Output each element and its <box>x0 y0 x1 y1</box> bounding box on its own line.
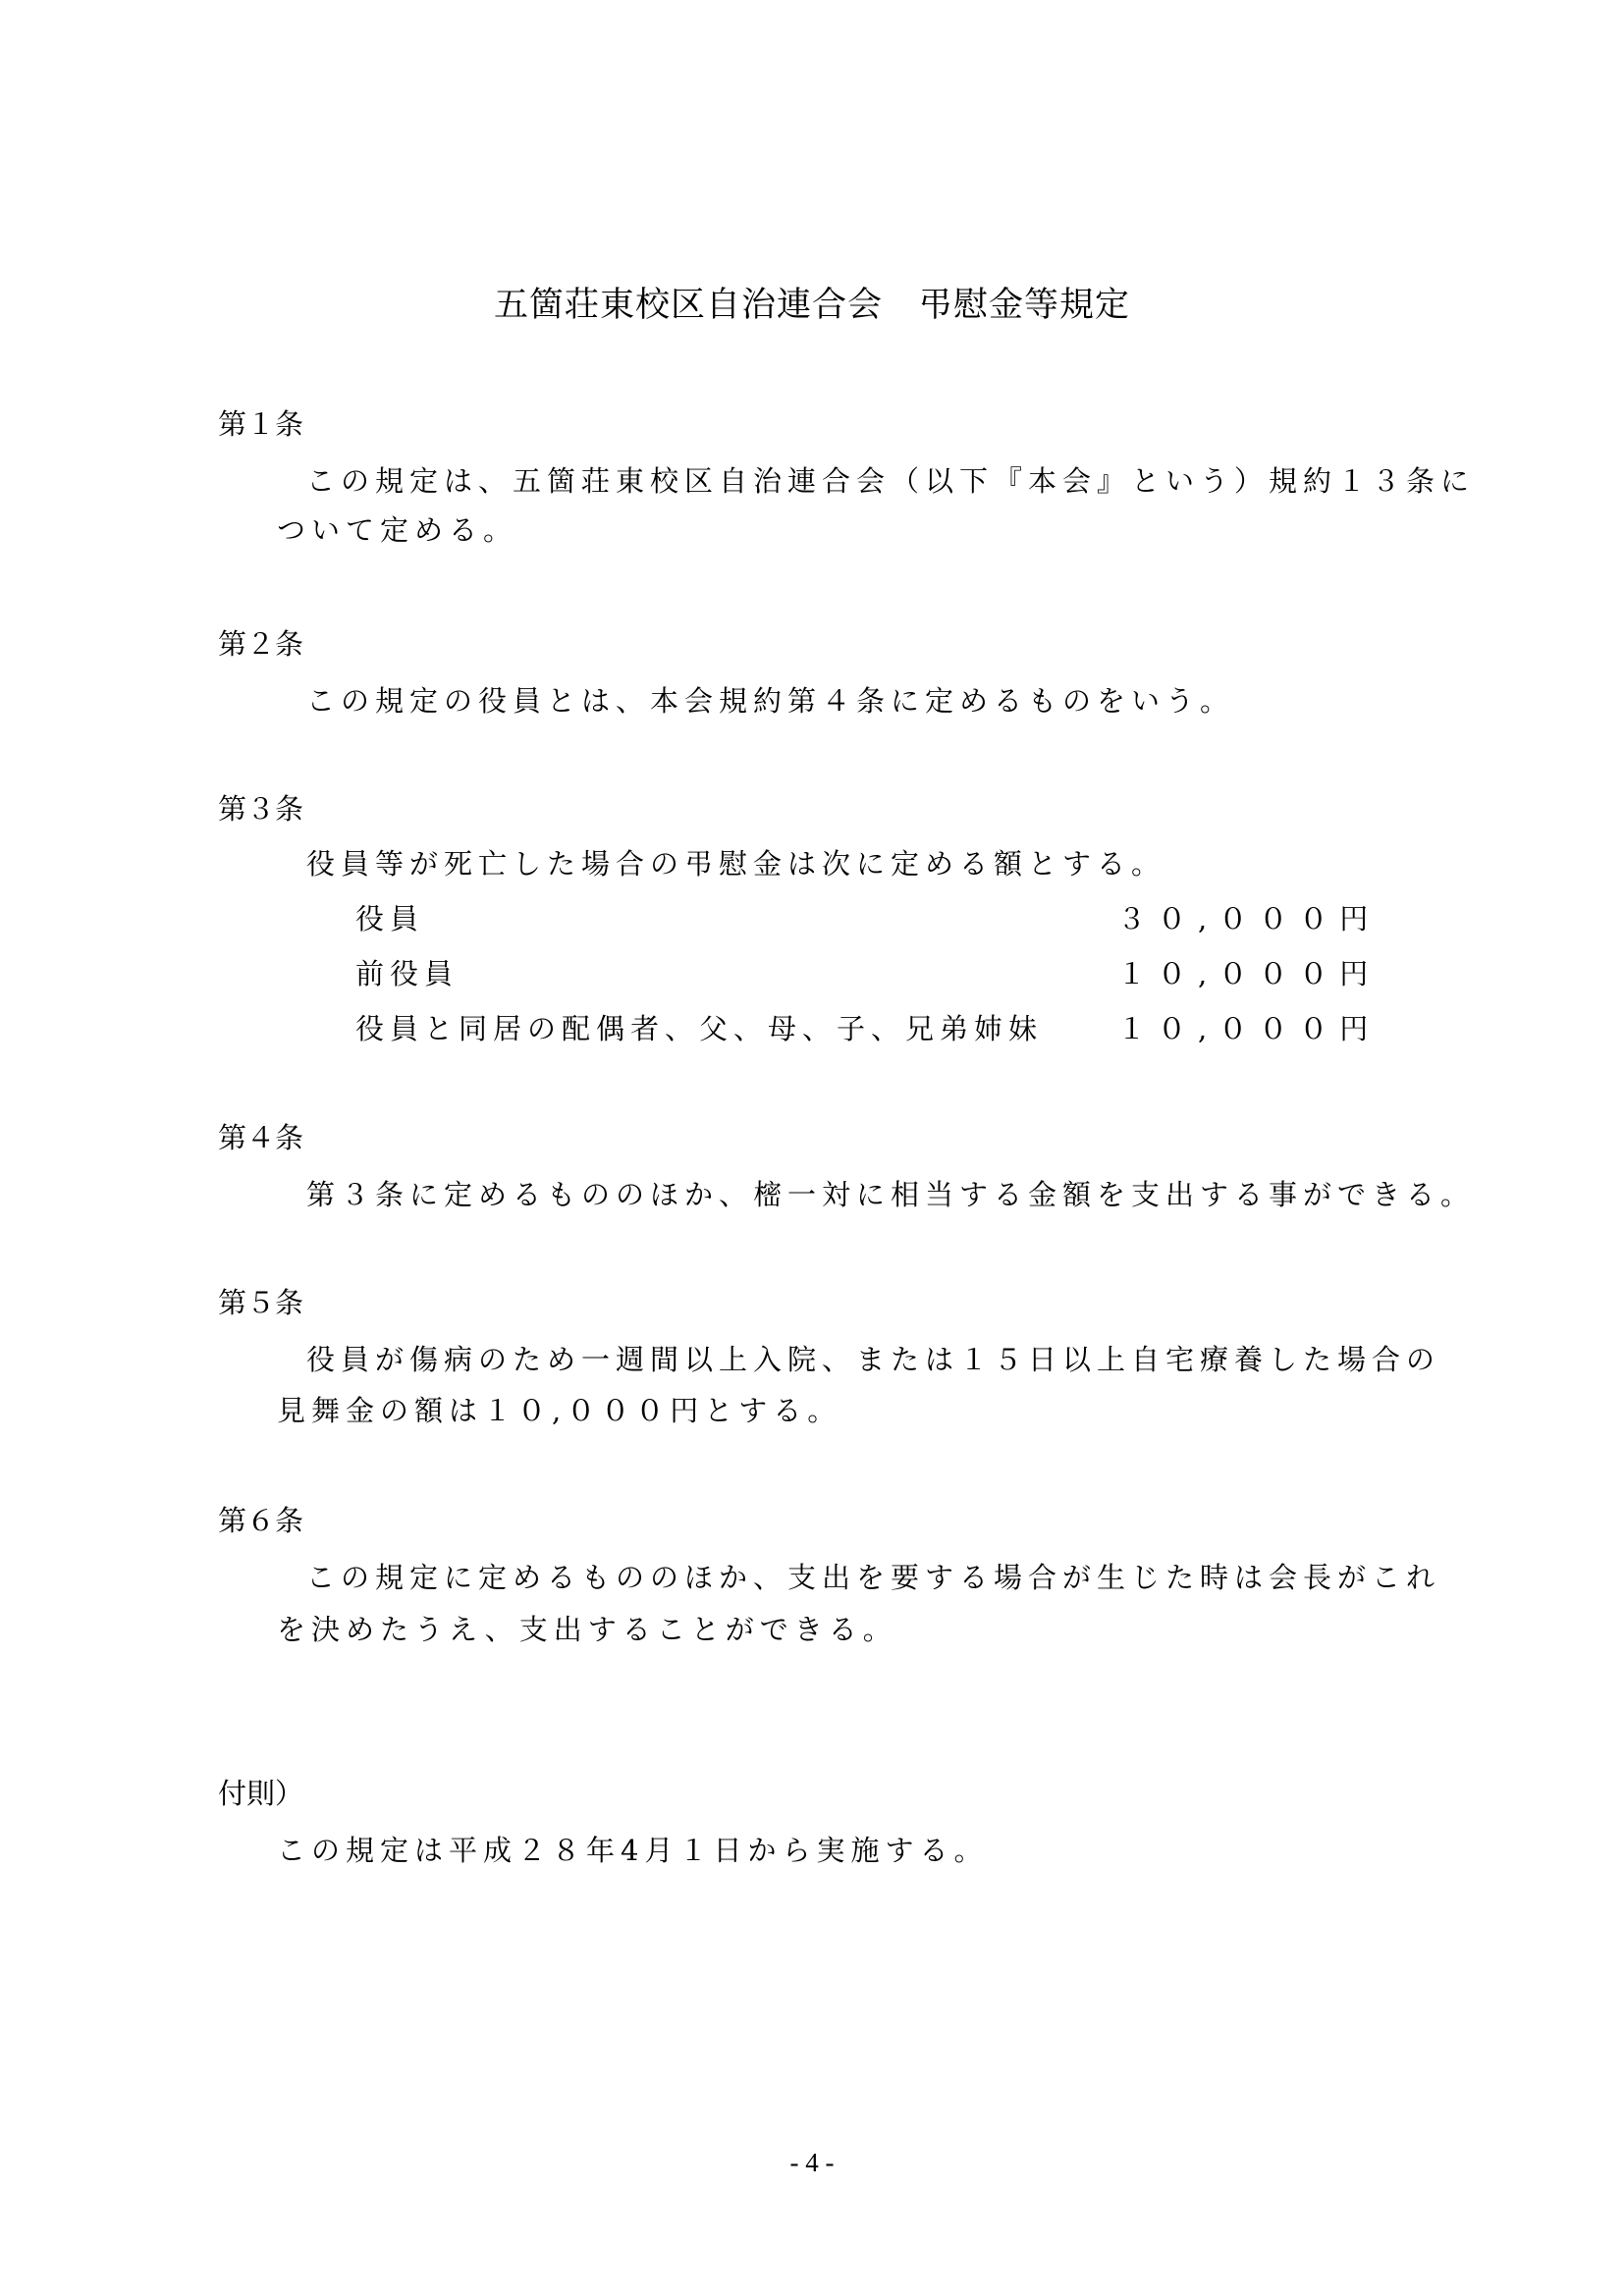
article-6-heading: 第６条 <box>218 1499 303 1539</box>
article-1-heading: 第１条 <box>218 402 303 443</box>
article-1-line-1: この規定は、五箇荘東校区自治連合会（以下『本会』という）規約１３条に <box>306 459 1475 500</box>
article-3-row-3-amount: １０,０００円 <box>1117 1007 1380 1047</box>
article-4-line-1: 第３条に定めるもののほか、樒一対に相当する金額を支出する事ができる。 <box>306 1173 1475 1213</box>
article-6-line-2: を決めたうえ、支出することができる。 <box>277 1608 897 1648</box>
article-5-line-2: 見舞金の額は１０,０００円とする。 <box>277 1389 841 1429</box>
supplementary-heading: 付則） <box>218 1772 303 1812</box>
article-6-line-1: この規定に定めるもののほか、支出を要する場合が生じた時は会長がこれ <box>306 1556 1440 1596</box>
article-2-line-1: この規定の役員とは、本会規約第４条に定めるものをいう。 <box>306 679 1234 720</box>
article-3-heading: 第３条 <box>218 787 303 828</box>
article-4-heading: 第４条 <box>218 1116 303 1156</box>
article-2-heading: 第２条 <box>218 622 303 663</box>
page-number: - 4 - <box>0 2148 1624 2178</box>
article-5-line-1: 役員が傷病のため一週間以上入院、または１５日以上自宅療養した場合の <box>306 1338 1440 1378</box>
article-3-line-1: 役員等が死亡した場合の弔慰金は次に定める額とする。 <box>306 842 1165 882</box>
document-title: 五箇荘東校区自治連合会 弔慰金等規定 <box>0 278 1624 327</box>
supplementary-line-1: この規定は平成２８年4月１日から実施する。 <box>277 1829 988 1869</box>
article-3-row-2-label: 前役員 <box>355 952 459 992</box>
article-1-line-2: ついて定める。 <box>277 508 517 549</box>
article-3-row-3-label: 役員と同居の配偶者、父、母、子、兄弟姉妹 <box>355 1007 1043 1047</box>
article-5-heading: 第５条 <box>218 1281 303 1321</box>
article-3-row-1-amount: ３０,０００円 <box>1117 897 1380 937</box>
article-3-row-1-label: 役員 <box>355 897 424 937</box>
article-3-row-2-amount: １０,０００円 <box>1117 952 1380 992</box>
